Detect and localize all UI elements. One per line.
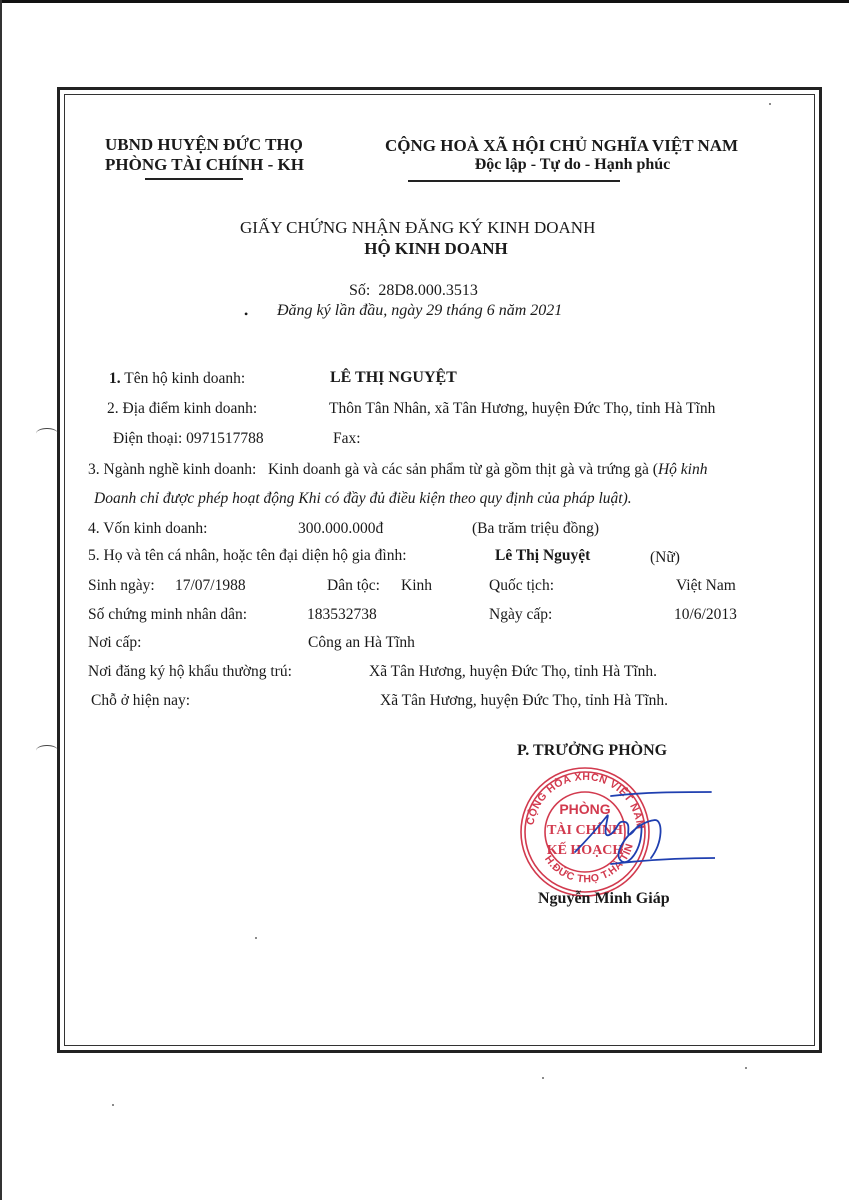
agency-name: UBND HUYỆN ĐỨC THỌ [105, 135, 285, 155]
certificate-subtitle: HỘ KINH DOANH [240, 239, 632, 259]
scan-speck [255, 937, 257, 939]
capital-value: 300.000.000đ [298, 520, 383, 538]
business-name-value: LÊ THỊ NGUYỆT [330, 369, 457, 387]
representative-value: Lê Thị Nguyệt [495, 547, 590, 565]
department-name: PHÒNG TÀI CHÍNH - KH [105, 155, 285, 175]
dob-value: 17/07/1988 [175, 577, 246, 595]
official-stamp-icon: CỘNG HÒA XHCN VIỆT NAM H.ĐỨC THỌ T.HÀ TĨ… [515, 762, 715, 902]
issue-date-value: 10/6/2013 [674, 606, 737, 624]
current-address-value: Xã Tân Hương, huyện Đức Thọ, tỉnh Hà Tĩn… [380, 692, 668, 710]
svg-text:TÀI CHÍNH: TÀI CHÍNH [547, 821, 623, 838]
registration-date: Đăng ký lần đầu, ngày 29 tháng 6 năm 202… [277, 302, 562, 320]
industry-label: 3. Ngành nghề kinh doanh: [88, 461, 256, 478]
certificate-number: Số: 28D8.000.3513 [349, 282, 478, 300]
id-label: Số chứng minh nhân dân: [88, 606, 247, 624]
agency-underline [145, 178, 243, 180]
bullet-dot: • [244, 307, 248, 322]
current-address-label: Chỗ ở hiện nay: [91, 692, 190, 710]
permanent-address-value: Xã Tân Hương, huyện Đức Thọ, tỉnh Hà Tĩn… [369, 663, 657, 681]
certificate-title: GIẤY CHỨNG NHẬN ĐĂNG KÝ KINH DOANH [240, 218, 595, 238]
scan-edge-top [0, 0, 849, 3]
nationality-value: Việt Nam [676, 577, 736, 595]
dob-label: Sinh ngày: [88, 577, 155, 595]
scan-edge-left [0, 0, 2, 1200]
svg-text:PHÒNG: PHÒNG [559, 800, 610, 817]
industry-note-continued: Doanh chỉ được phép hoạt động Khi có đầy… [94, 490, 632, 508]
number-label: Số: [349, 282, 370, 299]
location-label: 2. Địa điểm kinh doanh: [107, 400, 257, 418]
national-motto: Độc lập - Tự do - Hạnh phúc [385, 156, 760, 174]
scan-speck [769, 103, 771, 105]
issue-place-label: Nơi cấp: [88, 634, 141, 652]
svg-text:KẾ HOẠCH: KẾ HOẠCH [547, 841, 624, 858]
industry-value: Kinh doanh gà và các sản phẩm từ gà gồm … [268, 461, 658, 478]
national-title: CỘNG HOÀ XÃ HỘI CHỦ NGHĨA VIỆT NAM [385, 136, 738, 156]
capital-label: 4. Vốn kinh doanh: [88, 520, 207, 538]
punch-mark-icon [36, 745, 58, 756]
location-value: Thôn Tân Nhân, xã Tân Hương, huyện Đức T… [329, 400, 715, 418]
fax-label: Fax: [333, 430, 361, 448]
scan-speck [112, 1104, 114, 1106]
ethnicity-value: Kinh [401, 577, 432, 595]
signer-name: Nguyễn Minh Giáp [538, 890, 670, 908]
scan-speck [745, 1067, 747, 1069]
industry-note: Hộ kinh [658, 461, 708, 478]
industry-row: 3. Ngành nghề kinh doanh: Kinh doanh gà … [88, 461, 707, 479]
representative-label: 5. Họ và tên cá nhân, hoặc tên đại diện … [88, 547, 407, 565]
signer-title: P. TRƯỞNG PHÒNG [517, 742, 667, 760]
number-value: 28D8.000.3513 [378, 282, 478, 299]
issue-place-value: Công an Hà Tĩnh [308, 634, 415, 652]
phone-label: Điện thoại: 0971517788 [113, 430, 264, 448]
permanent-address-label: Nơi đăng ký hộ khẩu thường trú: [88, 663, 292, 681]
punch-mark-icon [36, 428, 58, 439]
ethnicity-label: Dân tộc: [327, 577, 380, 595]
motto-underline [408, 180, 620, 182]
business-name-label: 1. Tên hộ kinh doanh: [109, 370, 245, 388]
scan-speck [542, 1077, 544, 1079]
capital-words: (Ba trăm triệu đồng) [472, 520, 599, 538]
nationality-label: Quốc tịch: [489, 577, 554, 595]
issue-date-label: Ngày cấp: [489, 606, 552, 624]
gender-value: (Nữ) [650, 549, 680, 567]
id-value: 183532738 [307, 606, 377, 624]
